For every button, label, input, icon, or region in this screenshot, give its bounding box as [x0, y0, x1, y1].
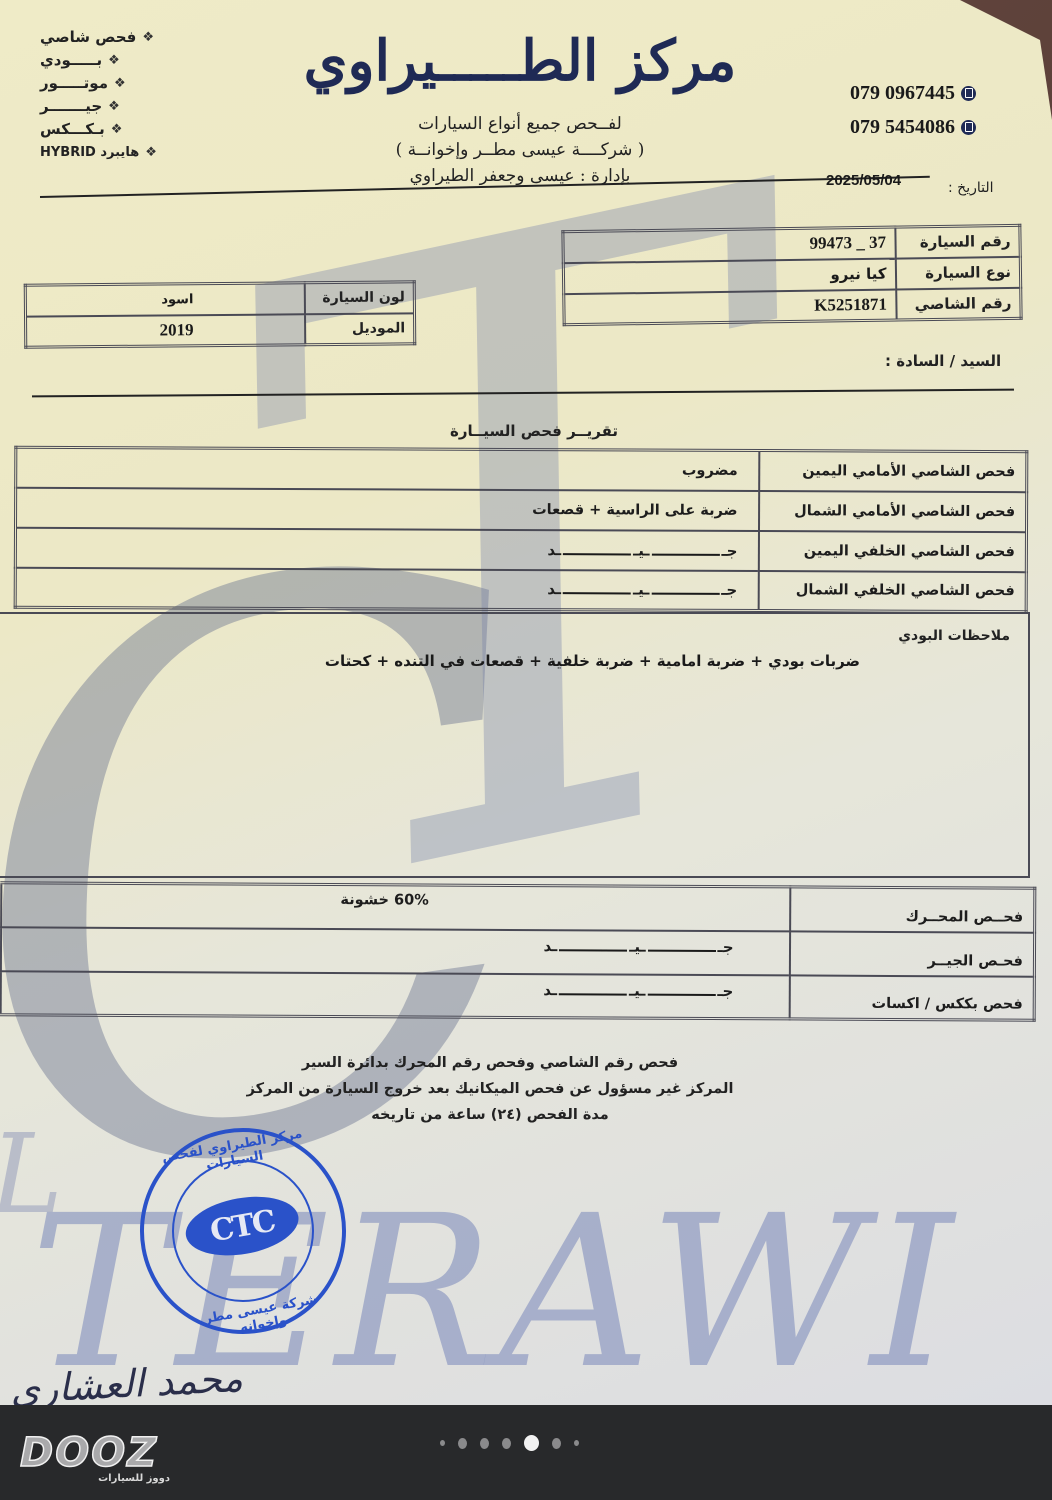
- service-item: ❖موتـــــور: [40, 72, 180, 95]
- table-row: فحص الشاصي الخلفي الشمال جــيــد: [15, 567, 1026, 611]
- good-glyph: ـيـ: [629, 937, 645, 955]
- check-label: فحص بككس / اكسات: [789, 975, 1034, 1020]
- good-result: جــيــد: [543, 937, 733, 956]
- four-diamond-bullet-icon: ❖: [142, 26, 154, 49]
- good-glyph: ـد: [547, 541, 561, 559]
- table-row: فحـص الجيــر جــيــد: [1, 927, 1035, 976]
- model-label: الموديل: [304, 313, 414, 345]
- check-value: جــيــد: [1, 971, 790, 1019]
- phone-entry: 079 0967445: [850, 76, 1010, 110]
- table-row: فحص بككس / اكسات جــيــد: [1, 971, 1035, 1020]
- service-label: هايبرد HYBRID: [40, 141, 139, 164]
- plate-number: 99473 _ 37: [809, 233, 886, 253]
- pagination-dot[interactable]: [574, 1440, 579, 1446]
- check-value: مضروب: [16, 447, 759, 490]
- service-label: موتـــــور: [40, 72, 108, 95]
- car-color-value: اسود: [25, 283, 304, 316]
- phone-number: 079 0967445: [850, 82, 955, 105]
- chassis-inspection-table: فحص الشاصي الأمامي اليمين مضروب فحص الشا…: [14, 446, 1029, 613]
- brand-logo[interactable]: DOOZ دووز للسيارات: [20, 1433, 190, 1493]
- carousel-pagination: [440, 1435, 579, 1451]
- four-diamond-bullet-icon: ❖: [145, 141, 157, 164]
- phone-icon: [961, 86, 976, 101]
- kashida-stroke: [559, 993, 627, 995]
- check-label: فحــص المحــرك: [790, 887, 1035, 932]
- phone-entry: 079 5454086: [850, 110, 1010, 144]
- engine-result: 60% خشونة: [1, 883, 790, 931]
- plate-value: 99473 _ 37: [563, 227, 895, 263]
- date-label: التاريخ :: [948, 180, 994, 196]
- good-result: جــيــد: [543, 981, 733, 1000]
- good-glyph: ـد: [543, 937, 557, 955]
- chassis-number-label: رقم الشاصي: [896, 287, 1021, 320]
- company-tagline: لفــحص جميع أنواع السيارات: [330, 114, 710, 134]
- good-glyph: جـ: [721, 541, 737, 559]
- pagination-dot[interactable]: [480, 1438, 489, 1449]
- model-value: 2019: [26, 314, 305, 347]
- plate-label: رقم السيارة: [895, 225, 1020, 258]
- phone-list: 079 0967445 079 5454086: [850, 76, 1010, 144]
- pagination-dot[interactable]: [458, 1438, 467, 1449]
- phone-number: 079 5454086: [850, 116, 955, 139]
- service-item: ❖هايبرد HYBRID: [40, 141, 180, 164]
- services-list: ❖فحص شاصي ❖بـــــودي ❖موتـــــور ❖جيــــ…: [40, 26, 180, 164]
- good-glyph: جـ: [718, 938, 734, 956]
- table-row: فحص الشاصي الخلفي اليمين جــيــد: [15, 527, 1026, 571]
- check-value: جــيــد: [1, 927, 790, 975]
- service-item: ❖فحص شاصي: [40, 26, 180, 49]
- customer-label: السيد / السادة :: [885, 352, 1001, 370]
- service-label: بـــــودي: [40, 49, 102, 72]
- car-color-label: لون السيارة: [304, 282, 414, 314]
- date-value: 2025/05/04: [826, 172, 901, 189]
- table-row: فحص الشاصي الأمامي الشمال ضربة على الراس…: [16, 487, 1027, 531]
- check-label: فحـص الجيــر: [789, 931, 1034, 976]
- customer-name-line: [32, 389, 1014, 398]
- check-label: فحص الشاصي الخلفي الشمال: [758, 571, 1026, 612]
- disclaimer-line: المركز غير مسؤول عن فحص الميكانيك بعد خر…: [230, 1076, 750, 1102]
- handwritten-signature: محمد العشاري: [9, 1356, 244, 1405]
- disclaimer-line: فحص رقم الشاصي وفحص رقم المحرك بدائرة ال…: [230, 1050, 750, 1076]
- good-glyph: جـ: [717, 982, 733, 1000]
- brand-subtitle: دووز للسيارات: [98, 1473, 170, 1484]
- car-info-table: رقم السيارة 99473 _ 37 نوع السيارة كيا ن…: [561, 224, 1022, 326]
- car-type-value: كيا نيرو: [563, 258, 895, 294]
- check-value: جــيــد: [15, 527, 758, 570]
- pagination-dot[interactable]: [502, 1438, 511, 1449]
- four-diamond-bullet-icon: ❖: [111, 118, 123, 141]
- kashida-stroke: [651, 593, 719, 595]
- body-notes-label: ملاحظات البودي: [898, 628, 1010, 644]
- disclaimer-line: مدة الفحص (٢٤) ساعة من تاريخه: [230, 1102, 750, 1128]
- car-details-table: لون السيارة اسود الموديل 2019: [24, 280, 417, 348]
- service-label: جيـــــــر: [40, 95, 102, 118]
- service-item: ❖بـــــودي: [40, 49, 180, 72]
- kashida-stroke: [652, 553, 720, 555]
- service-item: ❖جيـــــــر: [40, 95, 180, 118]
- table-row: رقم الشاصي K5251871: [564, 287, 1021, 324]
- kashida-stroke: [559, 949, 627, 951]
- check-value: ضربة على الراسية + قصعات: [16, 487, 759, 530]
- kashida-stroke: [563, 592, 631, 594]
- service-item: ❖بـكـــكس: [40, 118, 180, 141]
- pagination-dot[interactable]: [440, 1440, 445, 1446]
- company-name: مركز الطـــــيراوي: [240, 28, 800, 94]
- good-glyph: ـد: [547, 580, 561, 598]
- good-glyph: ـيـ: [633, 581, 649, 599]
- check-label: فحص الشاصي الخلفي اليمين: [758, 531, 1026, 572]
- brand-wordmark: DOOZ: [20, 1433, 190, 1473]
- mechanical-inspection-table: فحــص المحــرك 60% خشونة فحـص الجيــر جـ…: [0, 881, 1036, 1021]
- good-glyph: ـد: [543, 981, 557, 999]
- service-label: فحص شاصي: [40, 26, 136, 49]
- phone-icon: [961, 120, 976, 135]
- pagination-dot[interactable]: [552, 1438, 561, 1449]
- kashida-stroke: [647, 993, 715, 995]
- company-owner: ( شركــــة عيسى مطــر وإخوانــة ): [330, 140, 710, 160]
- check-label: فحص الشاصي الأمامي الشمال: [758, 491, 1026, 532]
- table-row: الموديل 2019: [26, 313, 415, 347]
- kashida-stroke: [563, 553, 631, 555]
- inspection-document: C T L TERAWI ❖فحص شاصي ❖بـــــودي ❖موتــ…: [0, 0, 1052, 1405]
- four-diamond-bullet-icon: ❖: [108, 95, 120, 118]
- four-diamond-bullet-icon: ❖: [108, 49, 120, 72]
- report-title: تقريــر فحص السيــارة: [450, 422, 618, 440]
- disclaimer-notes: فحص رقم الشاصي وفحص رقم المحرك بدائرة ال…: [230, 1050, 750, 1128]
- company-stamp: مركز الطيراوي لفحص السيارات CTC شركة عيس…: [124, 1112, 363, 1351]
- body-notes-text: ضربات بودي + ضربة امامية + ضربة خلفية + …: [325, 652, 860, 670]
- image-viewer-bar: DOOZ دووز للسيارات: [0, 1405, 1052, 1500]
- chassis-number-value: K5251871: [564, 289, 896, 325]
- kashida-stroke: [648, 949, 716, 951]
- good-result: جــيــد: [547, 541, 737, 560]
- body-notes-box: ملاحظات البودي ضربات بودي + ضربة امامية …: [0, 612, 1030, 878]
- pagination-dot-active[interactable]: [524, 1435, 539, 1451]
- table-row: فحــص المحــرك 60% خشونة: [1, 883, 1035, 932]
- good-glyph: ـيـ: [629, 981, 645, 999]
- check-value: جــيــد: [15, 567, 758, 610]
- service-label: بـكـــكس: [40, 118, 105, 141]
- table-row: فحص الشاصي الأمامي اليمين مضروب: [16, 447, 1027, 491]
- table-row: لون السيارة اسود: [25, 282, 414, 316]
- check-label: فحص الشاصي الأمامي اليمين: [759, 451, 1027, 492]
- good-glyph: ـيـ: [633, 541, 649, 559]
- car-type-label: نوع السيارة: [895, 256, 1020, 289]
- good-result: جــيــد: [547, 580, 737, 599]
- four-diamond-bullet-icon: ❖: [114, 72, 126, 95]
- watermark-letter-l: L: [0, 1110, 63, 1238]
- good-glyph: جـ: [721, 581, 737, 599]
